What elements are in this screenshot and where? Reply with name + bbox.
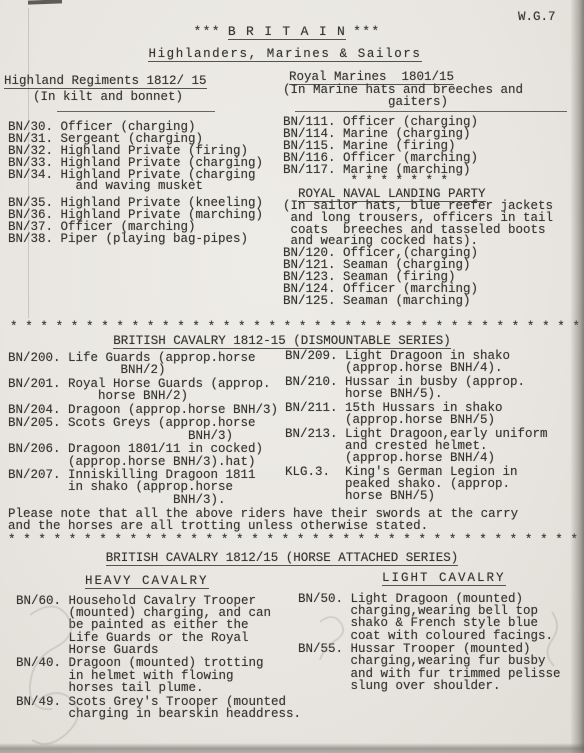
- item-line: BN/38. Piper (playing bag-pipes): [8, 234, 263, 246]
- item-line: BN/213. Light Dragoon,early uniform: [285, 428, 548, 440]
- catalog-item: BN/49. Scots Grey's Trooper (mounted cha…: [16, 696, 301, 720]
- marines-heading: Royal Marines 1801/15: [289, 70, 454, 84]
- catalog-item: BN/201. Royal Horse Guards (approp. hors…: [8, 378, 278, 402]
- right-column: BN/111. Officer (charging)BN/114. Marine…: [283, 117, 553, 308]
- naval-item-list: BN/120. Officer,(charging)BN/121. Seaman…: [283, 248, 553, 307]
- item-line: horse BNH/5).: [285, 388, 548, 400]
- item-line: BN/205. Scots Greys (approp.horse: [8, 417, 278, 429]
- item-line: BN/206. Dragoon 1801/11 in cocked): [8, 443, 278, 455]
- page-code: W.G.7: [518, 10, 556, 24]
- item-line: BN/125. Seaman (marching): [283, 296, 553, 308]
- star-separator-2: * * * * * * * * * * * * * * * * * * * * …: [8, 533, 578, 547]
- item-line: in helmet with flowing: [16, 670, 301, 682]
- scan-edge-right: [570, 0, 584, 753]
- highland-subheading: (In kilt and bonnet): [33, 90, 183, 104]
- scan-edge-bottom: [0, 743, 584, 753]
- title-stars-left: ***: [194, 24, 221, 39]
- item-line: and waving musket: [8, 181, 263, 193]
- heavy-cavalry-list: BN/60. Household Cavalry Trooper (mounte…: [16, 595, 301, 721]
- catalog-item: KLG.3. King's German Legion in peaked sh…: [285, 466, 548, 503]
- item-line: horse BNH/5): [285, 490, 548, 502]
- item-line: and with fur trimmed pelisse: [298, 668, 561, 680]
- item-line: (approp.horse BNH/4).: [285, 362, 548, 374]
- catalog-item: BN/207. Inniskilling Dragoon 1811 in sha…: [8, 469, 278, 506]
- item-line: BN/204. Dragoon (approp.horse BNH/3): [8, 404, 278, 416]
- dismountable-right-list: BN/209. Light Dragoon in shako (approp.h…: [285, 350, 548, 504]
- dismountable-heading: BRITISH CAVALRY 1812-15 (DISMOUNTABLE SE…: [0, 334, 564, 348]
- catalog-item: BN/213. Light Dragoon,early uniform and …: [285, 428, 548, 465]
- item-line: coat with coloured facings.: [298, 630, 561, 642]
- scanned-catalog-page: W.G.7 ***B R I T A I N*** Highlanders, M…: [0, 0, 584, 753]
- dismountable-note: Please note that all the above riders ha…: [8, 508, 518, 533]
- catalog-item: BN/210. Hussar in busby (approp. horse B…: [285, 376, 548, 400]
- light-cavalry-heading-text: LIGHT CAVALRY: [382, 571, 506, 586]
- light-cavalry-heading: LIGHT CAVALRY: [382, 571, 506, 585]
- rule-under-highland-heading: [57, 111, 215, 112]
- catalog-item: BN/206. Dragoon 1801/11 in cocked) (appr…: [8, 443, 278, 467]
- catalog-item: BN/200. Life Guards (approp.horse BNH/2): [8, 352, 278, 376]
- catalog-item: BN/38. Piper (playing bag-pipes): [8, 234, 263, 246]
- catalog-item: BN/125. Seaman (marching): [283, 296, 553, 308]
- catalog-item: BN/211. 15th Hussars in shako (approp.ho…: [285, 402, 548, 426]
- dismountable-left-list: BN/200. Life Guards (approp.horse BNH/2)…: [8, 352, 278, 507]
- item-line: be painted as either the: [16, 619, 301, 631]
- horse-attached-heading: BRITISH CAVALRY 1812/15 (HORSE ATTACHED …: [0, 551, 564, 565]
- item-line: (approp.horse BNH/4): [285, 452, 548, 464]
- item-line: shako & French style blue: [298, 617, 561, 629]
- light-cavalry-list: BN/50. Light Dragoon (mounted) charging,…: [298, 593, 561, 694]
- item-line: horse BNH/2): [8, 390, 278, 402]
- item-line: BNH/2): [8, 364, 278, 376]
- item-line: charging in bearskin headdress.: [16, 708, 301, 720]
- title-stars-right: ***: [353, 24, 380, 39]
- text-line: and the horses are all trotting unless o…: [8, 520, 518, 532]
- item-line: slung over shoulder.: [298, 680, 561, 692]
- catalog-item: BN/60. Household Cavalry Trooper (mounte…: [16, 595, 301, 656]
- star-separator-1: * * * * * * * * * * * * * * * * * * * * …: [10, 320, 580, 334]
- item-line: charging,wearing fur busby: [298, 655, 561, 667]
- item-line: BN/49. Scots Grey's Trooper (mounted: [16, 696, 301, 708]
- doc-subtitle-text: Highlanders, Marines & Sailors: [148, 47, 421, 62]
- catalog-item: BN/209. Light Dragoon in shako (approp.h…: [285, 350, 548, 374]
- catalog-item: BN/55. Hussar Trooper (mounted) charging…: [298, 643, 561, 692]
- item-line: Horse Guards: [16, 644, 301, 656]
- item-line: horses tail plume.: [16, 682, 301, 694]
- item-line: BN/40. Dragoon (mounted) trotting: [16, 657, 301, 669]
- catalog-item: BN/40. Dragoon (mounted) trotting in hel…: [16, 657, 301, 694]
- highland-heading-text: Highland Regiments 1812/ 15: [4, 74, 207, 89]
- heavy-cavalry-heading: HEAVY CAVALRY: [85, 574, 209, 588]
- catalog-item: BN/205. Scots Greys (approp.horse BNH/3): [8, 417, 278, 441]
- item-line: Life Guards or the Royal: [16, 632, 301, 644]
- item-line: BNH/3): [8, 430, 278, 442]
- naval-description: (In sailor hats, blue reefer jackets and…: [283, 201, 553, 249]
- marines-item-list: BN/111. Officer (charging)BN/114. Marine…: [283, 117, 553, 176]
- doc-title: ***B R I T A I N***: [0, 24, 574, 39]
- text-line: gaiters): [283, 96, 523, 108]
- scan-mark-topleft: [28, 0, 62, 5]
- doc-subtitle: Highlanders, Marines & Sailors: [0, 47, 570, 61]
- item-line: BNH/3).: [8, 494, 278, 506]
- item-line: in shako (approp.horse: [8, 481, 278, 493]
- marines-subheading: (In Marine hats and breeches and gaiters…: [283, 84, 523, 109]
- catalog-item: BN/34. Highland Private (charging and wa…: [8, 170, 263, 194]
- rule-under-marines-heading: [295, 111, 567, 112]
- horse-attached-heading-text: BRITISH CAVALRY 1812/15 (HORSE ATTACHED …: [106, 551, 459, 566]
- item-line: (approp.horse BNH/3).hat): [8, 456, 278, 468]
- catalog-item: BN/204. Dragoon (approp.horse BNH/3): [8, 404, 278, 416]
- dismountable-heading-text: BRITISH CAVALRY 1812-15 (DISMOUNTABLE SE…: [113, 334, 451, 349]
- catalog-item: BN/50. Light Dragoon (mounted) charging,…: [298, 593, 561, 642]
- highland-item-list: BN/30. Officer (charging)BN/31. Sergeant…: [8, 122, 263, 246]
- highland-heading: Highland Regiments 1812/ 15: [4, 74, 207, 88]
- item-line: (approp.horse BNH/5): [285, 414, 548, 426]
- title-text: B R I T A I N: [228, 24, 346, 40]
- heavy-cavalry-heading-text: HEAVY CAVALRY: [85, 574, 209, 589]
